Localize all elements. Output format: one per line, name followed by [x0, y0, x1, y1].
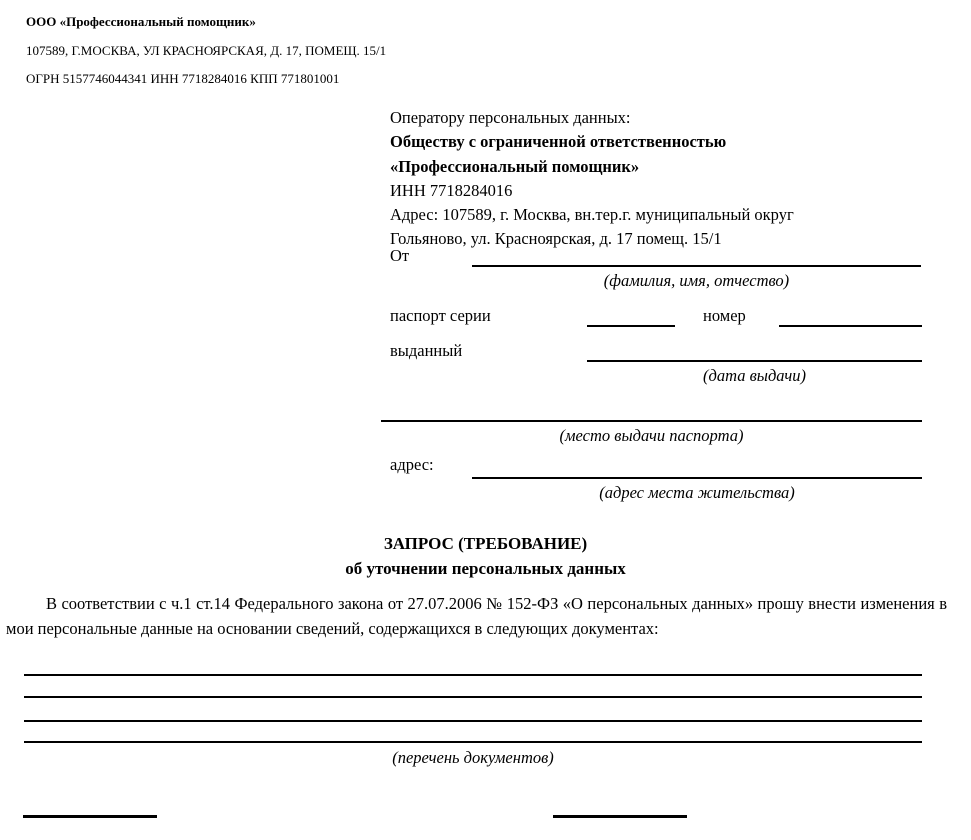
recipient-block: Оператору персональных данных: Обществу …	[390, 106, 794, 252]
residence-blank-field[interactable]	[472, 461, 922, 479]
sender-company-name: ООО «Профессиональный помощник»	[26, 14, 256, 29]
document-title: ЗАПРОС (ТРЕБОВАНИЕ) об уточнении персона…	[0, 531, 971, 581]
recipient-company-line-1: Обществу с ограниченной ответственностью	[390, 130, 794, 154]
passport-series-label: паспорт серии	[390, 306, 491, 326]
address-label: адрес:	[390, 455, 434, 475]
issue-place-blank-field[interactable]	[381, 404, 922, 422]
documents-blank-field-1[interactable]	[24, 674, 922, 676]
date-blank-field[interactable]	[23, 815, 157, 818]
passport-number-label: номер	[703, 306, 746, 326]
issue-date-caption: (дата выдачи)	[587, 366, 922, 386]
sender-company-registration: ОГРН 5157746044341 ИНН 7718284016 КПП 77…	[26, 71, 339, 86]
sender-company-address: 107589, Г.МОСКВА, УЛ КРАСНОЯРСКАЯ, Д. 17…	[26, 43, 386, 58]
issued-label: выданный	[390, 341, 462, 361]
document-title-line-2: об уточнении персональных данных	[0, 556, 971, 581]
signature-blank-field[interactable]	[553, 815, 687, 818]
document-title-line-1: ЗАПРОС (ТРЕБОВАНИЕ)	[0, 531, 971, 556]
documents-blank-field-4[interactable]	[24, 741, 922, 743]
documents-blank-field-3[interactable]	[24, 720, 922, 722]
issue-place-caption: (место выдачи паспорта)	[381, 426, 922, 446]
fio-caption: (фамилия, имя, отчество)	[472, 271, 921, 291]
body-paragraph: В соответствии с ч.1 ст.14 Федерального …	[6, 592, 947, 641]
fio-blank-field[interactable]	[472, 249, 921, 267]
recipient-address-line-1: Адрес: 107589, г. Москва, вн.тер.г. муни…	[390, 203, 794, 227]
recipient-inn: ИНН 7718284016	[390, 179, 794, 203]
document-page: ООО «Профессиональный помощник» 107589, …	[0, 0, 971, 840]
issue-date-blank-field[interactable]	[587, 344, 922, 362]
residence-caption: (адрес места жительства)	[472, 483, 922, 503]
documents-blank-field-2[interactable]	[24, 696, 922, 698]
documents-list-caption: (перечень документов)	[24, 748, 922, 768]
recipient-company-line-2: «Профессиональный помощник»	[390, 155, 794, 179]
from-label: От	[390, 246, 409, 266]
passport-series-blank-field[interactable]	[587, 309, 675, 327]
recipient-intro: Оператору персональных данных:	[390, 106, 794, 130]
passport-number-blank-field[interactable]	[779, 309, 922, 327]
